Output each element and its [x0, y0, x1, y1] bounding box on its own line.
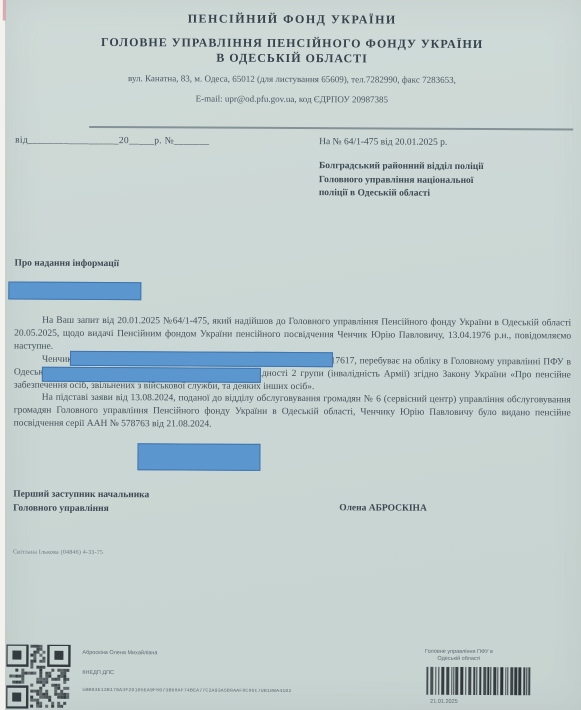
- signer-position: Перший заступник начальника Головного уп…: [13, 489, 149, 517]
- org-department: ГОЛОВНЕ УПРАВЛІННЯ ПЕНСІЙНОГО ФОНДУ УКРА…: [2, 34, 581, 67]
- subject-line: Про надання інформації: [14, 259, 119, 270]
- header-divider: [89, 126, 573, 131]
- signer-name: Олена АБРОСКІНА: [339, 503, 427, 513]
- digital-signature-ca: КНЕДП ДПС: [82, 670, 114, 676]
- redaction-box-name-3: [137, 443, 260, 471]
- redaction-box-name-1: [70, 351, 333, 367]
- qr-code-icon: [6, 645, 72, 709]
- digital-signature-hash: 5BB03E13B170A3F2D105EA9F8073B68AF74BEA77…: [82, 688, 412, 695]
- org-name: ПЕНСІЙНИЙ ФОНД УКРАЇНИ: [2, 10, 581, 28]
- paragraph-3: На підставі заяви від 13.08.2024, подано…: [14, 392, 571, 434]
- barcode-office-label: Головне управління ПФУ в Одеській област…: [396, 649, 521, 664]
- redaction-box-name-2: [42, 367, 261, 383]
- digital-signature-signer: Аброскіна Олена Михайлівна: [82, 650, 157, 656]
- org-address: вул. Канатна, 83, м. Одеса, 65012 (для л…: [1, 72, 581, 85]
- outgoing-reference-blank: від__________________20_____р. №_______: [15, 136, 209, 147]
- incoming-reference: На № 64/1-475 від 20.01.2025 р.: [319, 137, 447, 148]
- scanned-letter-page: ПЕНСІЙНИЙ ФОНД УКРАЇНИ ГОЛОВНЕ УПРАВЛІНН…: [0, 0, 581, 710]
- registration-barcode: [426, 667, 534, 698]
- recipient-block: Болградський районний відділ поліції Гол…: [319, 160, 499, 201]
- letter-content: ПЕНСІЙНИЙ ФОНД УКРАЇНИ ГОЛОВНЕ УПРАВЛІНН…: [0, 0, 581, 710]
- paragraph-1: На Ваш запит від 20.01.2025 №64/1-475, я…: [14, 315, 571, 357]
- redaction-box-addressee: [8, 282, 141, 301]
- barcode-date: 21.01.2025: [430, 699, 458, 705]
- org-email-edrpou: E-mail: upr@od.pfu.gov.ua, код ЄДРПОУ 20…: [1, 92, 581, 105]
- contact-person-line: Світлана Ількова (04846) 4-33-75: [13, 550, 103, 556]
